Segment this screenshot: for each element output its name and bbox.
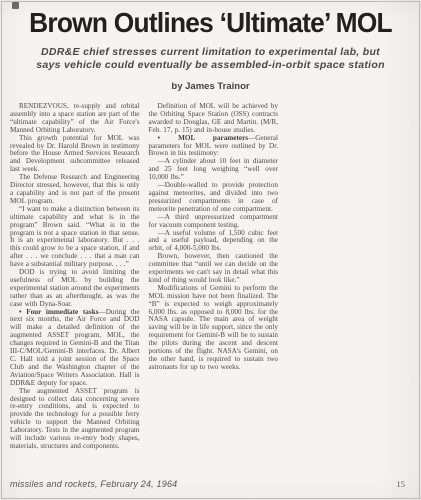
article-paragraph: DOD is trying to avoid limiting the usef… — [10, 269, 140, 309]
article-paragraph: Brown, however, then cautioned the commi… — [149, 253, 279, 285]
article-paragraph: Modifications of Gemini to perform the M… — [149, 285, 279, 372]
article-paragraph: • Four immediate tasks—During the next s… — [10, 309, 140, 388]
page-footer: missiles and rockets, February 24, 1964 … — [10, 479, 405, 489]
article-paragraph: Definition of MOL will be achieved by th… — [149, 103, 279, 135]
article-paragraph: “I want to make a distinction between it… — [10, 206, 140, 269]
right-column: Definition of MOL will be achieved by th… — [149, 103, 279, 451]
journal-name-and-date: missiles and rockets, February 24, 1964 — [10, 479, 177, 489]
article-paragraph: This growth potential for MOL was reveal… — [10, 135, 140, 175]
article-paragraph: The augmented ASSET program is designed … — [10, 388, 140, 451]
article-paragraph: The Defense Research and Engineering Dir… — [10, 174, 140, 206]
article-title: Brown Outlines ‘Ultimate’ MOL — [18, 7, 402, 39]
subtitle-line-1: DDR&E chief stresses current limitation … — [0, 46, 421, 59]
article-paragraph: —Double-walled to provide protection aga… — [149, 182, 279, 214]
article-body: RENDEZVOUS, re-supply and orbital assemb… — [10, 103, 278, 451]
byline: by James Trainor — [0, 81, 421, 92]
article-paragraph: • MOL parameters—General parameters for … — [149, 135, 279, 159]
article-paragraph: —A useful volume of 1,500 cubic feet and… — [149, 230, 279, 254]
page-number: 15 — [397, 479, 406, 489]
subtitle-line-2: says vehicle could eventually be assembl… — [0, 59, 421, 72]
article-subtitle: DDR&E chief stresses current limitation … — [0, 46, 421, 72]
article-paragraph: RENDEZVOUS, re-supply and orbital assemb… — [10, 103, 140, 135]
left-column: RENDEZVOUS, re-supply and orbital assemb… — [10, 103, 140, 451]
bullet-lead: • MOL parameters — [158, 134, 249, 142]
bullet-lead: • Four immediate tasks — [19, 308, 99, 316]
magazine-page: Brown Outlines ‘Ultimate’ MOL DDR&E chie… — [0, 0, 421, 500]
article-paragraph: —A cylinder about 10 feet in diameter an… — [149, 158, 279, 182]
article-paragraph: —A third unpressurized compartment for v… — [149, 214, 279, 230]
